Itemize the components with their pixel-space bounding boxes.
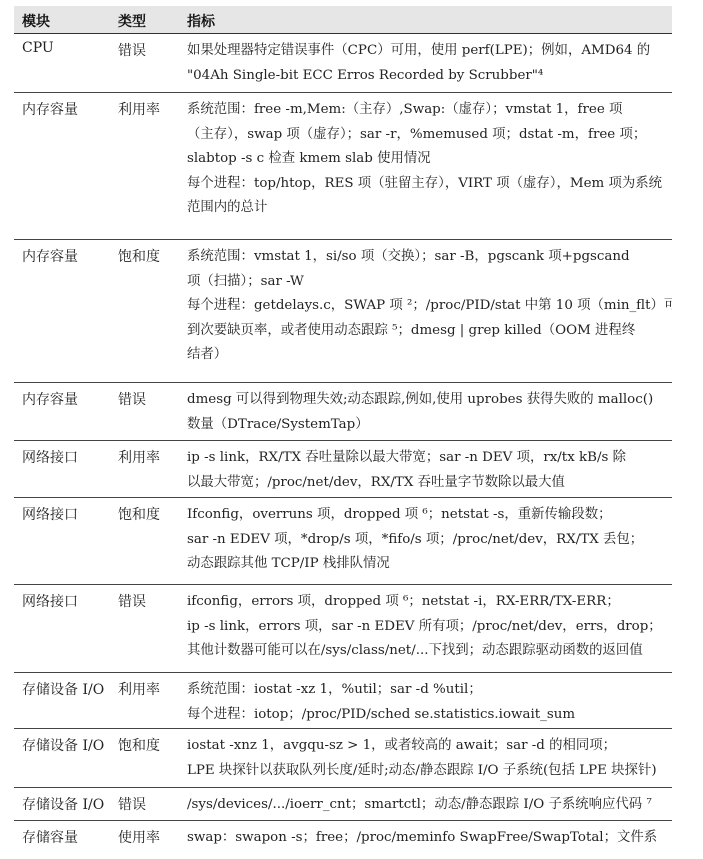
cell-module: 存储设备 I/O xyxy=(22,794,104,814)
metric-line: "04Ah Single-bit ECC Erros Recorded by S… xyxy=(187,64,672,89)
cell-module: 存储容量 xyxy=(22,827,78,847)
table-row: 存储设备 I/O错误/sys/devices/.../ioerr_cnt；sma… xyxy=(14,788,672,821)
cell-metric: 系统范围：iostat -xz 1，%util；sar -d %util；每个进… xyxy=(187,673,672,727)
metric-line: ip -s link，errors 项，sar -n EDEV 所有项；/pro… xyxy=(187,615,672,640)
table-body: CPU错误如果处理器特定错误事件（CPC）可用，使用 perf(LPE)；例如，… xyxy=(14,34,672,859)
metric-line: 系统范围：iostat -xz 1，%util；sar -d %util； xyxy=(187,678,672,703)
metric-line: 每个进程：getdelays.c，SWAP 项 ²；/proc/PID/stat… xyxy=(187,294,672,319)
metric-line: ifconfig，errors 项，dropped 项 ⁶；netstat -i… xyxy=(187,590,672,615)
cell-module: CPU xyxy=(22,40,54,56)
metric-line: 其他计数器可能可以在/sys/class/net/...下找到；动态跟踪驱动函数… xyxy=(187,639,672,664)
table-row: 网络接口利用率ip -s link，RX/TX 吞吐量除以最大带宽；sar -n… xyxy=(14,441,672,498)
cell-type: 错误 xyxy=(118,794,146,814)
metric-line: 以最大带宽；/proc/net/dev，RX/TX 吞吐量字节数除以最大值 xyxy=(187,471,672,496)
cell-type: 饱和度 xyxy=(118,504,160,524)
table-row: 内存容量错误dmesg 可以得到物理失效;动态跟踪,例如,使用 uprobes … xyxy=(14,383,672,441)
cell-metric: /sys/devices/.../ioerr_cnt；smartctl；动态/静… xyxy=(187,788,672,818)
cell-type: 饱和度 xyxy=(118,735,160,755)
cell-module: 内存容量 xyxy=(22,99,78,119)
cell-type: 利用率 xyxy=(118,447,160,467)
metric-line: 动态跟踪其他 TCP/IP 栈排队情况 xyxy=(187,552,672,577)
cell-type: 使用率 xyxy=(118,827,160,847)
cell-metric: swap：swapon -s；free；/proc/meminfo SwapFr… xyxy=(187,821,672,851)
cell-module: 网络接口 xyxy=(22,504,78,524)
cell-module: 存储设备 I/O xyxy=(22,679,104,699)
metric-line: sar -n EDEV 项，*drop/s 项，*fifo/s 项；/proc/… xyxy=(187,528,672,553)
metric-line: LPE 块探针以获取队列长度/延时;动态/静态跟踪 I/O 子系统(包括 LPE… xyxy=(187,759,672,784)
header-type: 类型 xyxy=(118,11,146,31)
metric-line: 结者） xyxy=(187,343,672,368)
cell-module: 内存容量 xyxy=(22,389,78,409)
cell-metric: 如果处理器特定错误事件（CPC）可用，使用 perf(LPE)；例如，AMD64… xyxy=(187,34,672,88)
cell-module: 网络接口 xyxy=(22,591,78,611)
metric-line: （主存），swap 项（虚存）；sar -r，%memused 项；dstat … xyxy=(187,123,672,148)
table-row: 存储设备 I/O饱和度iostat -xnz 1，avgqu-sz > 1，或者… xyxy=(14,729,672,788)
metric-line: ip -s link，RX/TX 吞吐量除以最大带宽；sar -n DEV 项，… xyxy=(187,446,672,471)
metric-line: 项（扫描）；sar -W xyxy=(187,270,672,295)
cell-metric: dmesg 可以得到物理失效;动态跟踪,例如,使用 uprobes 获得失败的 … xyxy=(187,383,672,437)
cell-metric: ifconfig，errors 项，dropped 项 ⁶；netstat -i… xyxy=(187,585,672,664)
metric-line: dmesg 可以得到物理失效;动态跟踪,例如,使用 uprobes 获得失败的 … xyxy=(187,388,672,413)
cell-module: 存储设备 I/O xyxy=(22,735,104,755)
table-row: 网络接口错误ifconfig，errors 项，dropped 项 ⁶；nets… xyxy=(14,585,672,673)
metric-line: Ifconfig，overruns 项，dropped 项 ⁶；netstat … xyxy=(187,503,672,528)
metric-line: 每个进程：iotop；/proc/PID/sched se.statistics… xyxy=(187,703,672,728)
cell-type: 错误 xyxy=(118,389,146,409)
cell-type: 错误 xyxy=(118,591,146,611)
metric-line: 数量（DTrace/SystemTap） xyxy=(187,413,672,438)
table-row: 内存容量饱和度系统范围：vmstat 1，si/so 项（交换）；sar -B，… xyxy=(14,240,672,383)
table-row: 内存容量利用率系统范围：free -m,Mem:（主存）,Swap:（虚存）；v… xyxy=(14,93,672,240)
cell-metric: iostat -xnz 1，avgqu-sz > 1，或者较高的 await；s… xyxy=(187,729,672,783)
header-metric: 指标 xyxy=(187,11,215,31)
cell-type: 饱和度 xyxy=(118,246,160,266)
cell-type: 利用率 xyxy=(118,679,160,699)
metric-line: 系统范围：vmstat 1，si/so 项（交换）；sar -B，pgscank… xyxy=(187,245,672,270)
header-module: 模块 xyxy=(22,11,50,31)
table-header: 模块 类型 指标 xyxy=(14,6,672,34)
metric-line: 范围内的总计 xyxy=(187,196,672,221)
cell-metric: Ifconfig，overruns 项，dropped 项 ⁶；netstat … xyxy=(187,498,672,577)
metric-line: /sys/devices/.../ioerr_cnt；smartctl；动态/静… xyxy=(187,793,672,818)
table-row: 存储设备 I/O利用率系统范围：iostat -xz 1，%util；sar -… xyxy=(14,673,672,729)
table-row: 网络接口饱和度Ifconfig，overruns 项，dropped 项 ⁶；n… xyxy=(14,498,672,585)
cell-type: 利用率 xyxy=(118,99,160,119)
metric-line: slabtop -s c 检查 kmem slab 使用情况 xyxy=(187,147,672,172)
metric-line: iostat -xnz 1，avgqu-sz > 1，或者较高的 await；s… xyxy=(187,734,672,759)
cell-module: 内存容量 xyxy=(22,246,78,266)
cell-module: 网络接口 xyxy=(22,447,78,467)
metrics-table: 模块 类型 指标 CPU错误如果处理器特定错误事件（CPC）可用，使用 perf… xyxy=(14,6,672,859)
metric-line: 系统范围：free -m,Mem:（主存）,Swap:（虚存）；vmstat 1… xyxy=(187,98,672,123)
table-row: 存储容量使用率swap：swapon -s；free；/proc/meminfo… xyxy=(14,821,672,859)
metric-line: swap：swapon -s；free；/proc/meminfo SwapFr… xyxy=(187,826,672,851)
cell-metric: ip -s link，RX/TX 吞吐量除以最大带宽；sar -n DEV 项，… xyxy=(187,441,672,495)
cell-metric: 系统范围：vmstat 1，si/so 项（交换）；sar -B，pgscank… xyxy=(187,240,672,368)
cell-type: 错误 xyxy=(118,40,146,60)
cell-metric: 系统范围：free -m,Mem:（主存）,Swap:（虚存）；vmstat 1… xyxy=(187,93,672,221)
metric-line: 每个进程：top/htop，RES 项（驻留主存），VIRT 项（虚存），Mem… xyxy=(187,172,672,197)
metric-line: 到次要缺页率，或者使用动态跟踪 ⁵；dmesg | grep killed（OO… xyxy=(187,319,672,344)
table-row: CPU错误如果处理器特定错误事件（CPC）可用，使用 perf(LPE)；例如，… xyxy=(14,34,672,93)
metric-line: 如果处理器特定错误事件（CPC）可用，使用 perf(LPE)；例如，AMD64… xyxy=(187,39,672,64)
